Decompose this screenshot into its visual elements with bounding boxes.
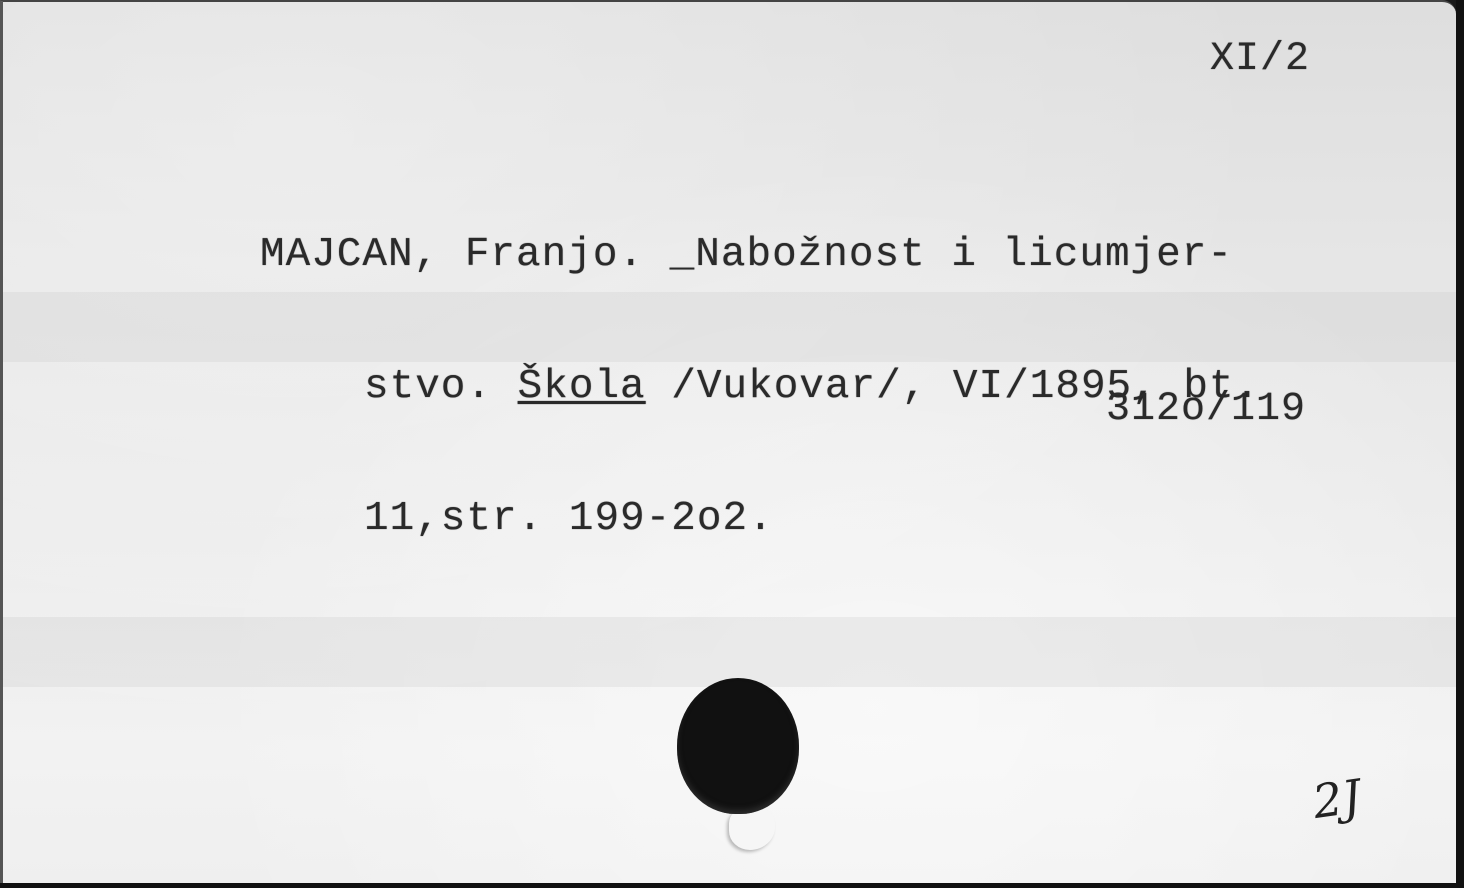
title-part-2: stvo. xyxy=(364,364,492,410)
catalog-card: XI/2 MAJCAN, Franjo. _Nabožnost i licumj… xyxy=(0,0,1456,884)
handwritten-mark: 2J xyxy=(1309,769,1364,829)
journal-name: Škola xyxy=(518,364,646,410)
torn-paper-flap xyxy=(729,808,775,850)
title-part-1: _Nabožnost i licumjer- xyxy=(670,232,1233,278)
entry-line-1: MAJCAN, Franjo. _Nabožnost i licumjer- xyxy=(260,233,1260,277)
call-number-bottom: 312o/119 xyxy=(1106,388,1306,432)
entry-line-3: 11,str. 199-2o2. xyxy=(260,497,1260,541)
issue-number: 11,str. xyxy=(364,496,543,542)
scan-border-right xyxy=(1456,0,1464,888)
page-range: 199-2o2. xyxy=(569,496,774,542)
punch-hole xyxy=(677,678,799,814)
place: /Vukovar/ xyxy=(671,364,901,410)
author: MAJCAN, Franjo. xyxy=(260,232,644,278)
scan-border-bottom xyxy=(0,883,1464,888)
call-number-top: XI/2 xyxy=(1210,38,1310,82)
